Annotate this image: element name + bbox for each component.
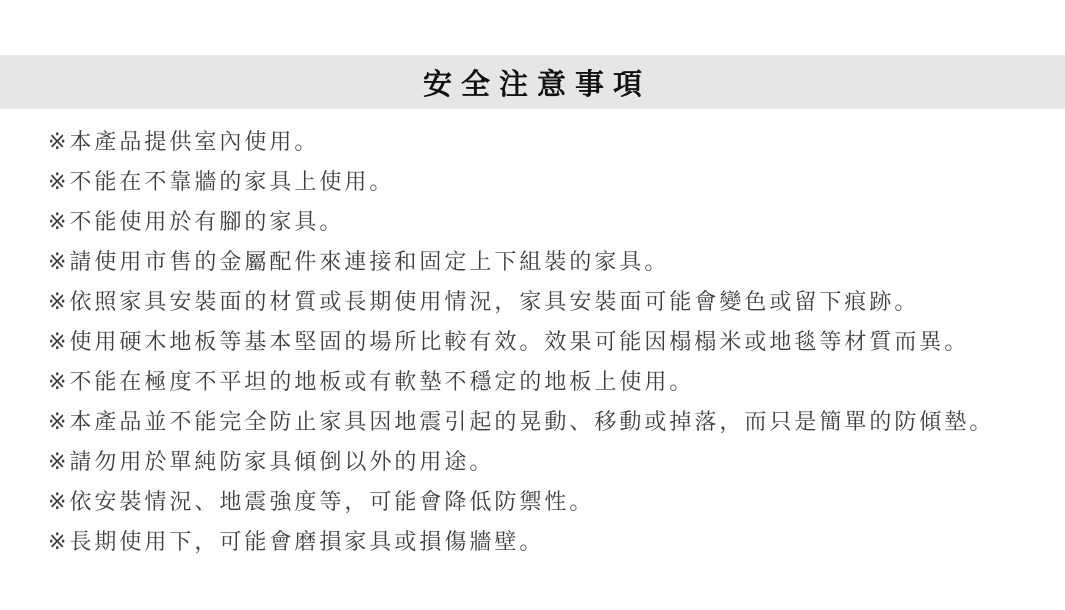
safety-note-item: ※使用硬木地板等基本堅固的場所比較有效。效果可能因榻榻米或地毯等材質而異。 <box>48 322 1055 362</box>
safety-notice-page: { "header": { "title": "安全注意事項" }, "note… <box>0 0 1065 610</box>
safety-notes-list: ※本產品提供室內使用。 ※不能在不靠牆的家具上使用。 ※不能使用於有腳的家具。 … <box>48 122 1055 562</box>
section-header: 安全注意事項 <box>0 55 1065 109</box>
safety-note-item: ※依照家具安裝面的材質或長期使用情況，家具安裝面可能會變色或留下痕跡。 <box>48 282 1055 322</box>
safety-note-item: ※不能在極度不平坦的地板或有軟墊不穩定的地板上使用。 <box>48 362 1055 402</box>
safety-note-item: ※本產品並不能完全防止家具因地震引起的晃動、移動或掉落，而只是簡單的防傾墊。 <box>48 402 1055 442</box>
page-title: 安全注意事項 <box>414 62 651 103</box>
safety-note-item: ※本產品提供室內使用。 <box>48 122 1055 162</box>
safety-note-item: ※長期使用下，可能會磨損家具或損傷牆壁。 <box>48 522 1055 562</box>
safety-note-item: ※依安裝情況、地震強度等，可能會降低防禦性。 <box>48 482 1055 522</box>
safety-note-item: ※請使用市售的金屬配件來連接和固定上下組裝的家具。 <box>48 242 1055 282</box>
safety-note-item: ※不能在不靠牆的家具上使用。 <box>48 162 1055 202</box>
safety-note-item: ※不能使用於有腳的家具。 <box>48 202 1055 242</box>
safety-note-item: ※請勿用於單純防家具傾倒以外的用途。 <box>48 442 1055 482</box>
